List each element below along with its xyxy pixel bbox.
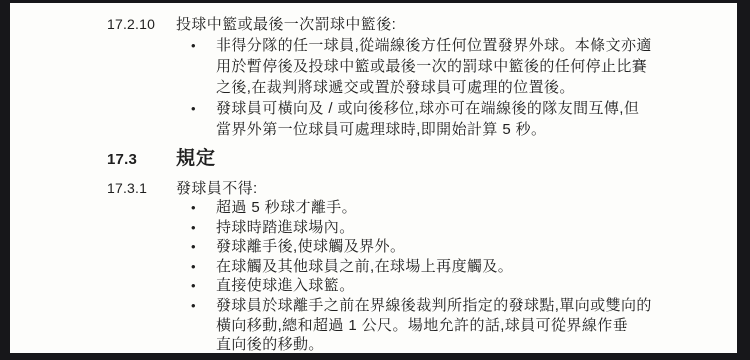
bullet-icon: • xyxy=(191,218,196,238)
rule-number: 17.2.10 xyxy=(107,14,155,35)
text-line: 超過 5 秒球才離手。 xyxy=(216,198,737,218)
text-line: 直向後的移動。 xyxy=(216,335,737,353)
list-item: • 發球員於球離手之前在界線後裁判所指定的發球點,單向或雙向的 橫向移動,總和超… xyxy=(176,296,737,353)
list-item: • 在球觸及其他球員之前,在球場上再度觸及。 xyxy=(176,257,737,277)
rule-heading: 發球員不得: xyxy=(176,178,737,199)
bullet-icon: • xyxy=(191,35,196,56)
bullet-icon: • xyxy=(191,276,196,296)
section-title: 規定 xyxy=(176,147,737,171)
text-line: 當界外第一位球員可處理球時,即開始計算 5 秒。 xyxy=(216,119,737,140)
text-line: 用於暫停後及投球中籃或最後一次的罰球中籃後的任何停止比賽 xyxy=(216,56,737,77)
text-line: 橫向移動,總和超過 1 公尺。場地允許的話,球員可從界線作垂 xyxy=(216,316,737,336)
text-line: 發球員可橫向及 / 或向後移位,球亦可在端線後的隊友間互傳,但 xyxy=(216,98,737,119)
bullet-icon: • xyxy=(191,257,196,277)
list-item: • 發球員可橫向及 / 或向後移位,球亦可在端線後的隊友間互傳,但 當界外第一位… xyxy=(176,98,737,140)
text-line: 發球員於球離手之前在界線後裁判所指定的發球點,單向或雙向的 xyxy=(216,296,737,316)
bullet-icon: • xyxy=(191,237,196,257)
section-17-3-heading: 17.3 規定 xyxy=(10,147,737,171)
list-item: • 超過 5 秒球才離手。 xyxy=(176,198,737,218)
text-line: 直接使球進入球籃。 xyxy=(216,276,737,296)
screen-frame: 17.2.10 投球中籃或最後一次罰球中籃後: • 非得分隊的任一球員,從端線後… xyxy=(0,0,750,360)
document-page: 17.2.10 投球中籃或最後一次罰球中籃後: • 非得分隊的任一球員,從端線後… xyxy=(10,3,737,353)
list-item: • 發球離手後,使球觸及界外。 xyxy=(176,237,737,257)
rule-heading: 投球中籃或最後一次罰球中籃後: xyxy=(176,14,737,35)
list-item: • 直接使球進入球籃。 xyxy=(176,276,737,296)
list-item: • 非得分隊的任一球員,從端線後方任何位置發界外球。本條文亦適 用於暫停後及投球… xyxy=(176,35,737,98)
text-line: 在球觸及其他球員之前,在球場上再度觸及。 xyxy=(216,257,737,277)
text-line: 非得分隊的任一球員,從端線後方任何位置發界外球。本條文亦適 xyxy=(216,35,737,56)
bullet-icon: • xyxy=(191,198,196,218)
rule-17-2-10: 17.2.10 投球中籃或最後一次罰球中籃後: • 非得分隊的任一球員,從端線後… xyxy=(10,14,737,140)
text-line: 持球時踏進球場內。 xyxy=(216,218,737,238)
text-line: 發球離手後,使球觸及界外。 xyxy=(216,237,737,257)
rule-17-3-1: 17.3.1 發球員不得: xyxy=(10,178,737,199)
rule-number: 17.3.1 xyxy=(107,178,147,199)
section-number: 17.3 xyxy=(107,148,137,172)
bullet-icon: • xyxy=(191,296,196,316)
text-line: 之後,在裁判將球遞交或置於發球員可處理的位置後。 xyxy=(216,77,737,98)
rule-17-3-1-list: • 超過 5 秒球才離手。 • 持球時踏進球場內。 • 發球離手後,使球觸及界外… xyxy=(10,198,737,353)
bullet-icon: • xyxy=(191,98,196,119)
list-item: • 持球時踏進球場內。 xyxy=(176,218,737,238)
